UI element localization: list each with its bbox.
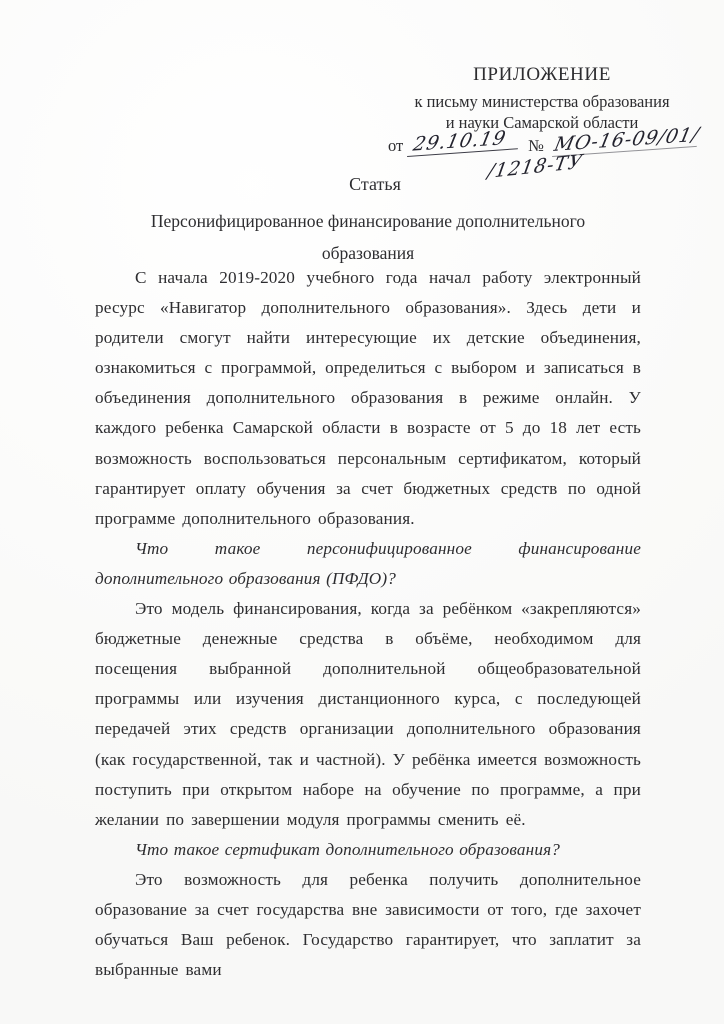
number-label: № — [528, 136, 544, 155]
handwritten-date: 29.10.19 — [407, 128, 522, 157]
appendix-header: ПРИЛОЖЕНИЕ к письму министерства образов… — [368, 64, 716, 183]
from-label: от — [388, 136, 403, 155]
question-certificate: Что такое сертификат дополнительного обр… — [95, 835, 641, 865]
header-reference-line: от 29.10.19 № МО-16-09/01/ — [368, 136, 716, 157]
document-heading-line-1: Персонифицированное финансирование допол… — [95, 211, 641, 232]
paragraph-pfdo-answer: Это модель финансирования, когда за ребё… — [95, 594, 641, 835]
article-label: Статья — [95, 174, 655, 195]
appendix-title: ПРИЛОЖЕНИЕ — [368, 64, 716, 86]
paragraph-intro: С начала 2019-2020 учебного года начал р… — [95, 263, 641, 534]
header-addressee-line-1: к письму министерства образования — [368, 91, 716, 112]
paragraph-certificate-answer: Это возможность для ребенка получить доп… — [95, 865, 641, 985]
question-pfdo: Что такое персонифицированное финансиров… — [95, 534, 641, 594]
scanned-document-page: ПРИЛОЖЕНИЕ к письму министерства образов… — [0, 0, 724, 1024]
document-heading-line-2: образования — [95, 243, 641, 264]
document-body: С начала 2019-2020 учебного года начал р… — [95, 263, 641, 985]
